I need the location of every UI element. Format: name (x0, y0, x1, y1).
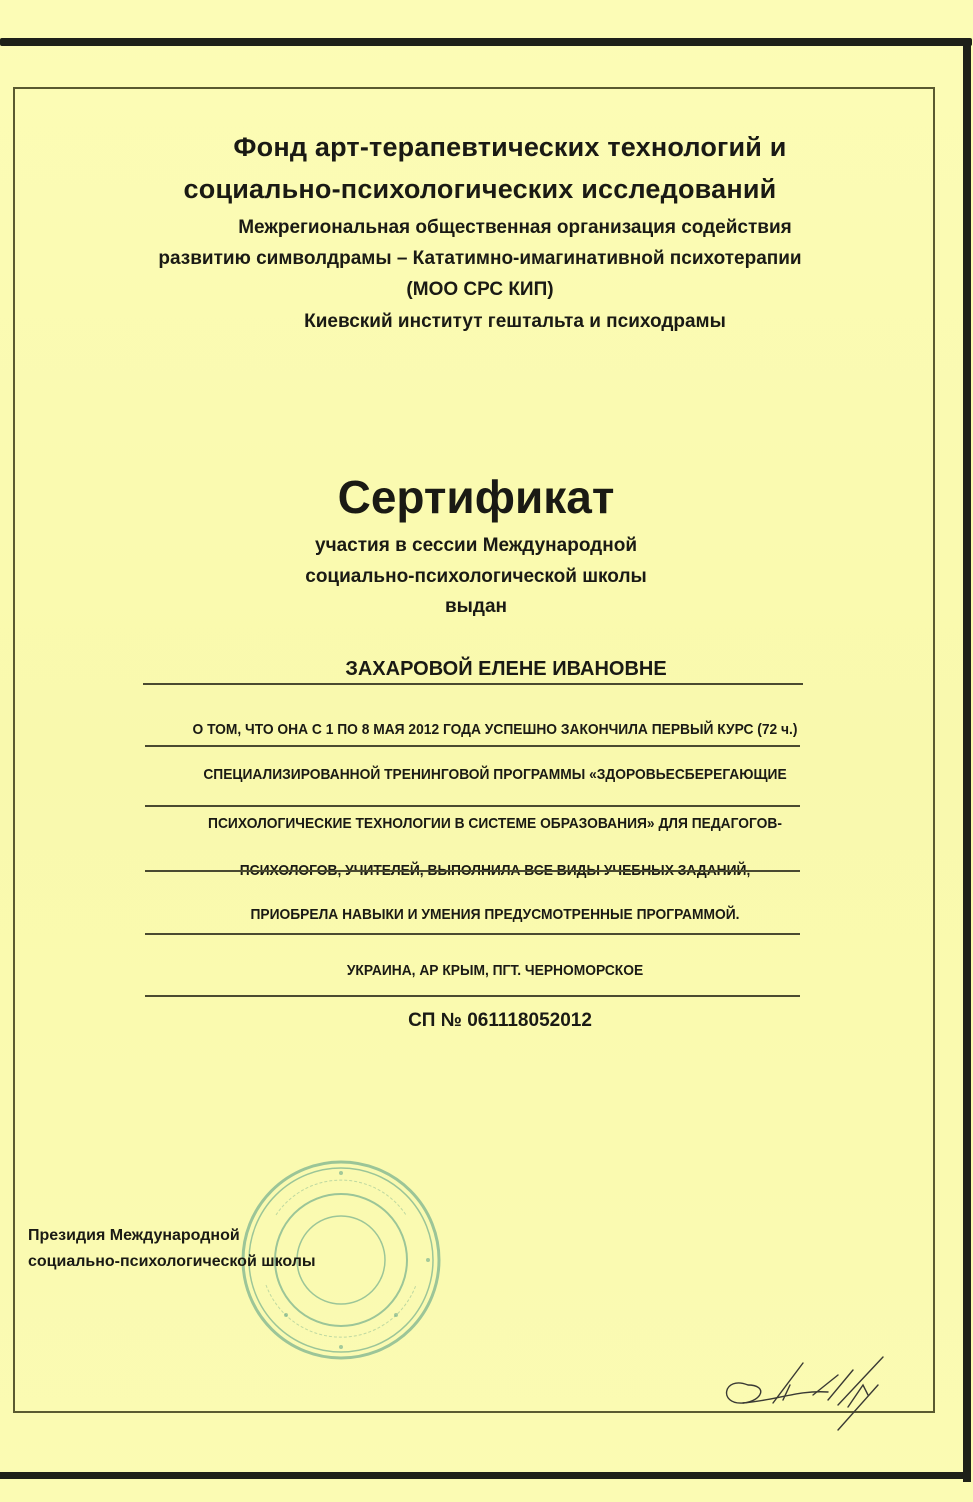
certificate-page: Фонд арт-терапевтических технологий и со… (0, 0, 973, 1502)
signatory-line-2: социально-психологической школы (28, 1253, 316, 1271)
issued-label: выдан (326, 596, 626, 618)
body-line-2: СПЕЦИАЛИЗИРОВАННОЙ ТРЕНИНГОВОЙ ПРОГРАММЫ… (76, 766, 913, 783)
org-line-5: (МОО СРС КИП) (330, 279, 630, 301)
body-rule-3 (145, 870, 800, 872)
body-rule-4 (145, 933, 800, 935)
org-line-2: социально-психологических исследований (100, 174, 860, 205)
signatory-line-1: Президия Международной (28, 1227, 240, 1245)
body-line-3: ПСИХОЛОГИЧЕСКИЕ ТЕХНОЛОГИИ В СИСТЕМЕ ОБР… (76, 815, 913, 832)
org-line-6: Киевский институт гештальта и психодрамы (200, 311, 830, 333)
body-rule-1 (145, 745, 800, 747)
org-line-1: Фонд арт-терапевтических технологий и (160, 132, 860, 163)
outer-border-top (0, 38, 972, 46)
name-underline (143, 683, 803, 685)
org-line-4: развитию символдрамы – Кататимно-имагина… (40, 248, 920, 270)
certificate-number: СП № 061118052012 (300, 1010, 700, 1032)
body-line-5: ПРИОБРЕЛА НАВЫКИ И УМЕНИЯ ПРЕДУСМОТРЕННЫ… (76, 906, 913, 923)
outer-border-bottom (0, 1472, 970, 1479)
subtitle-line-1: участия в сессии Международной (226, 535, 726, 557)
certificate-title: Сертификат (226, 470, 726, 524)
recipient-name: ЗАХАРОВОЙ ЕЛЕНЕ ИВАНОВНЕ (226, 658, 786, 681)
subtitle-line-2: социально-психологической школы (226, 566, 726, 588)
body-rule-2 (145, 805, 800, 807)
handwritten-signature-icon (718, 1345, 918, 1435)
org-line-3: Межрегиональная общественная организация… (130, 217, 900, 239)
body-line-1: О ТОМ, ЧТО ОНА С 1 ПО 8 МАЯ 2012 ГОДА УС… (76, 721, 913, 738)
location-line: УКРАИНА, АР КРЫМ, ПГТ. ЧЕРНОМОРСКОЕ (76, 962, 913, 979)
location-rule (145, 995, 800, 997)
outer-border-right (963, 42, 971, 1482)
